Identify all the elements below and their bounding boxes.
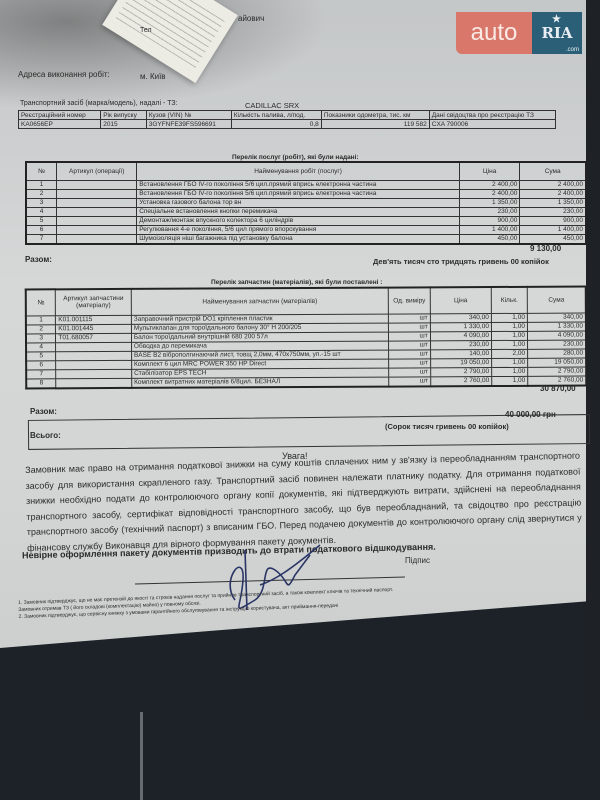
parts-cell: 340,00 xyxy=(527,313,586,322)
vehicle-column-header: Кузов (VIN) № xyxy=(146,111,231,120)
parts-cell xyxy=(56,378,132,388)
table-row: 8Комплект витратних матеріалів 6/8цил. Б… xyxy=(26,376,586,388)
services-cell: Демонтаж/монтаж впускного колектора 6 ци… xyxy=(137,216,460,225)
services-cell: 1 400,00 xyxy=(520,225,586,234)
parts-cell: 4 090,00 xyxy=(430,331,491,340)
services-cell: 2 400,00 xyxy=(459,189,519,198)
vehicle-cell: CXA 790006 xyxy=(429,120,555,129)
parts-cell: шт xyxy=(389,367,431,376)
parts-cell xyxy=(56,342,132,351)
vehicle-cell: 0,8 xyxy=(231,120,321,129)
table-row: 3Установка газового балона тор вн1 350,0… xyxy=(26,198,586,207)
parts-cell xyxy=(56,351,132,360)
table-row: 7Шумоізоляція ніші багажника під установ… xyxy=(26,234,586,244)
services-cell: 5 xyxy=(26,216,57,225)
parts-cell: 280,00 xyxy=(528,349,587,358)
parts-cell: шт xyxy=(389,313,431,322)
services-cell: 2 xyxy=(26,189,57,198)
logo-ria: ★ RIA .com xyxy=(532,12,582,54)
services-cell: Спеціальне встановлення кнопки перемикач… xyxy=(137,207,460,216)
parts-cell: шт xyxy=(389,376,431,386)
address-value: м. Київ xyxy=(140,72,166,81)
parts-cell: 2,00 xyxy=(492,349,528,358)
parts-cell: T01.680057 xyxy=(56,333,132,342)
grand-total-words: (Сорок тисяч гривень 00 копійок) xyxy=(385,422,509,431)
vehicle-column-header: Реєстраційний номер xyxy=(19,111,101,120)
parts-column-header: Од. виміру xyxy=(388,287,430,313)
parts-cell: 1 xyxy=(26,315,56,324)
parts-cell: 19 050,00 xyxy=(528,358,587,367)
services-cell: Шумоізоляція ніші багажника під установк… xyxy=(137,234,460,244)
services-cell xyxy=(57,180,137,189)
parts-cell: 1,00 xyxy=(492,376,528,386)
parts-cell: шт xyxy=(389,349,431,358)
services-column-header: Найменування робіт (послуг) xyxy=(137,162,460,180)
services-cell: Встановлення ГБО IV-го покоління 5/6 цил… xyxy=(137,180,460,189)
services-table: №Артикул (операції)Найменування робіт (п… xyxy=(25,161,587,245)
services-column-header: Ціна xyxy=(459,162,519,180)
parts-cell: 4 xyxy=(26,342,56,351)
parts-title: Перелік запчастин (матеріалів), які були… xyxy=(211,279,382,286)
parts-column-header: Сума xyxy=(527,287,586,313)
parts-column-header: Кільк. xyxy=(491,287,527,313)
parts-table: №Артикул запчастини (матеріалу)Найменува… xyxy=(25,286,588,389)
services-cell xyxy=(57,207,137,216)
services-cell: Встановлення ГБО IV-го покоління 5/6 цил… xyxy=(137,189,460,198)
parts-cell: 1 330,00 xyxy=(430,322,491,331)
background-edge xyxy=(586,0,600,720)
parts-column-header: № xyxy=(26,289,56,315)
services-total-words: Дев'ять тисяч сто тридцять гривень 00 ко… xyxy=(373,257,549,266)
parts-column-header: Найменування запчастин (матеріалів) xyxy=(131,288,389,315)
parts-cell: Комплект витратних матеріалів 6/8цил. БЕ… xyxy=(132,377,389,388)
vehicle-column-header: Кількість палива, л/под. xyxy=(231,111,321,120)
parts-column-header: Артикул запчастини (матеріалу) xyxy=(56,289,132,315)
services-cell: 900,00 xyxy=(520,216,586,225)
parts-cell: 1,00 xyxy=(492,340,528,349)
parts-cell: 6 xyxy=(26,360,56,369)
parts-cell: 3 xyxy=(26,333,56,342)
parts-cell: 1,00 xyxy=(491,322,527,331)
services-cell: Регулювання 4-е покоління, 5/6 цил прямо… xyxy=(137,225,460,234)
address-label: Адреса виконання робіт: xyxy=(18,70,110,79)
vehicle-model: CADILLAC SRX xyxy=(245,101,299,110)
services-column-header: Сума xyxy=(520,162,586,180)
services-cell: 230,00 xyxy=(459,207,519,216)
vehicle-cell: 119 582 xyxy=(321,120,429,129)
services-cell: 6 xyxy=(26,225,57,234)
services-cell xyxy=(57,189,137,198)
parts-cell: 230,00 xyxy=(528,340,587,349)
parts-cell: 1 330,00 xyxy=(527,322,586,331)
vehicle-column-header: Дані свідоцтва про реєстрацію ТЗ xyxy=(429,111,555,120)
parts-cell: 1,00 xyxy=(492,367,528,376)
parts-cell: K01.001115 xyxy=(56,315,132,324)
parts-cell: 5 xyxy=(26,351,56,360)
parts-cell: шт xyxy=(389,358,431,367)
services-cell: 2 400,00 xyxy=(459,180,519,189)
parts-total: 30 870,00 xyxy=(540,384,576,393)
all-label: Всього: xyxy=(30,431,61,440)
vehicle-cell: 2015 xyxy=(101,120,147,129)
services-cell: 1 350,00 xyxy=(459,198,519,207)
parts-cell: 2 760,00 xyxy=(430,376,491,386)
table-row: 6Регулювання 4-е покоління, 5/6 цил прям… xyxy=(26,225,586,234)
background-reflection xyxy=(140,712,143,800)
table-row: 4Спеціальне встановлення кнопки перемика… xyxy=(26,207,586,216)
parts-column-header: Ціна xyxy=(430,287,491,313)
vehicle-cell: KA0656EP xyxy=(19,120,101,129)
parts-cell: шт xyxy=(389,340,431,349)
services-cell xyxy=(57,234,137,244)
grand-total-label: Разом: xyxy=(30,407,57,416)
services-cell xyxy=(57,216,137,225)
services-cell xyxy=(57,198,137,207)
star-icon: ★ xyxy=(552,14,561,25)
parts-cell: 1,00 xyxy=(491,331,527,340)
services-cell: 1 400,00 xyxy=(459,225,519,234)
parts-cell: 140,00 xyxy=(430,349,491,358)
services-total: 9 130,00 xyxy=(530,244,561,253)
vehicle-cell: 3GYFNFE39FS596691 xyxy=(146,120,231,129)
services-total-label: Разом: xyxy=(25,255,52,264)
parts-cell: 7 xyxy=(26,369,56,378)
parts-cell: K01.001445 xyxy=(56,324,132,333)
parts-cell: 230,00 xyxy=(430,340,491,349)
parts-cell: 8 xyxy=(26,378,56,388)
signature-label: Підпис xyxy=(405,556,430,565)
parts-cell xyxy=(56,360,132,369)
grand-total: 40 000,00 грн xyxy=(505,410,556,419)
parts-cell: 2 790,00 xyxy=(528,367,587,376)
vehicle-table: Реєстраційний номерРік випускуКузов (VIN… xyxy=(18,110,556,129)
phone-label: Тел xyxy=(140,27,152,34)
parts-cell: 340,00 xyxy=(430,313,491,322)
services-column-header: № xyxy=(26,162,57,180)
services-title: Перелік послуг (робіт), які були надані: xyxy=(232,154,359,161)
parts-cell xyxy=(56,369,132,378)
vehicle-column-header: Показники одометра, тис. км xyxy=(321,111,429,120)
parts-cell: 4 090,00 xyxy=(528,331,587,340)
table-row: 5Демонтаж/монтаж впускного колектора 6 ц… xyxy=(26,216,586,225)
grand-total-box xyxy=(28,414,590,450)
parts-cell: 2 790,00 xyxy=(430,367,491,376)
services-cell: 230,00 xyxy=(520,207,586,216)
parts-cell: 2 xyxy=(26,324,56,333)
autoria-watermark: auto ★ RIA .com xyxy=(456,12,582,54)
services-cell: 2 400,00 xyxy=(520,189,586,198)
table-row: 2Встановлення ГБО IV-го покоління 5/6 ци… xyxy=(26,189,586,198)
services-cell xyxy=(57,225,137,234)
services-cell: 7 xyxy=(26,234,57,244)
services-cell: 900,00 xyxy=(459,216,519,225)
customer-name: айович xyxy=(238,14,264,23)
parts-cell: шт xyxy=(389,322,431,331)
parts-cell: 1,00 xyxy=(492,358,528,367)
services-cell: 3 xyxy=(26,198,57,207)
services-cell: 450,00 xyxy=(520,234,586,244)
vehicle-label: Транспортний засіб (марка/модель), надал… xyxy=(20,100,178,107)
table-row: KA0656EP20153GYFNFE39FS5966910,8119 582C… xyxy=(19,120,556,129)
logo-auto: auto xyxy=(456,12,532,54)
services-cell: Установка газового балона тор вн xyxy=(137,198,460,207)
services-cell: 1 350,00 xyxy=(520,198,586,207)
services-cell: 2 400,00 xyxy=(520,180,586,189)
services-cell: 450,00 xyxy=(459,234,519,244)
services-column-header: Артикул (операції) xyxy=(57,162,137,180)
parts-cell: 1,00 xyxy=(491,313,527,322)
services-cell: 4 xyxy=(26,207,57,216)
parts-cell: 19 050,00 xyxy=(430,358,491,367)
parts-cell: шт xyxy=(389,331,431,340)
table-row: 1Встановлення ГБО IV-го покоління 5/6 ци… xyxy=(26,180,586,189)
services-cell: 1 xyxy=(26,180,57,189)
vehicle-column-header: Рік випуску xyxy=(101,111,147,120)
